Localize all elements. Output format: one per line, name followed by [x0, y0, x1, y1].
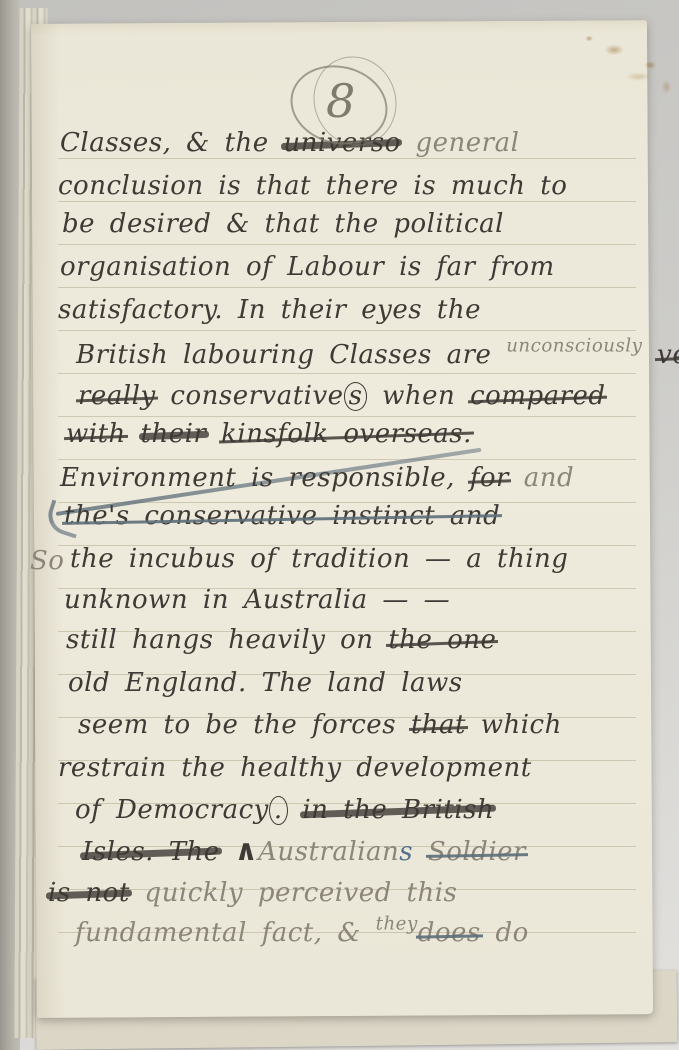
margin-note: So — [30, 546, 64, 576]
manuscript-line: organisation of Labour is far from — [60, 252, 555, 282]
manuscript-line: old England. The land laws — [68, 668, 463, 698]
manuscript-word: very — [657, 340, 679, 370]
manuscript-word: kinsfolk overseas. — [221, 419, 472, 449]
manuscript-word: general — [401, 128, 520, 158]
manuscript-word: the one — [388, 625, 496, 655]
manuscript-word: does — [418, 918, 481, 948]
manuscript-line: seem to be the forces that which — [78, 710, 562, 740]
insertion-caret: ∧ — [234, 833, 258, 867]
manuscript-line: really conservatives when compared — [78, 381, 606, 411]
manuscript-word: So — [30, 546, 64, 576]
manuscript-word: old England. The land laws — [68, 668, 463, 698]
manuscript-word: do — [481, 918, 529, 948]
manuscript-line: the's conservative instinct and — [64, 501, 500, 531]
manuscript-word: Classes, & the — [60, 128, 283, 158]
manuscript-line: Isles. The ∧Australians Soldier — [82, 835, 526, 867]
manuscript-line: of Democracy. in the British — [75, 795, 494, 825]
manuscript-word: of Democracy — [75, 795, 269, 825]
page-number-circled: 8 — [288, 56, 404, 152]
manuscript-line: unknown in Australia — — — [64, 585, 450, 615]
manuscript-word: be desired & that the political — [62, 209, 504, 239]
manuscript-word: . — [269, 796, 288, 825]
manuscript-word: conservative — [156, 381, 344, 411]
manuscript-line: the incubus of tradition — a thing — [70, 544, 568, 574]
manuscript-word: the incubus of tradition — a thing — [70, 544, 568, 574]
manuscript-word: which — [466, 710, 562, 740]
manuscript-word: still hangs heavily on — [66, 625, 388, 655]
manuscript-line: Environment is responsible, for and — [60, 463, 574, 493]
manuscript-word: conclusion is that there is much to — [58, 171, 567, 201]
manuscript-word: and — [509, 463, 574, 493]
manuscript-lines: Classes, & the universo generalconclusio… — [0, 0, 679, 1050]
manuscript-word — [642, 340, 657, 370]
manuscript-line: be desired & that the political — [62, 209, 504, 239]
manuscript-word — [413, 837, 428, 867]
manuscript-word: with — [66, 419, 126, 449]
manuscript-word: British labouring Classes are — [76, 340, 506, 370]
manuscript-word: their — [141, 419, 207, 449]
manuscript-word: organisation of Labour is far from — [60, 252, 555, 282]
manuscript-line: with their kinsfolk overseas. — [66, 419, 472, 449]
manuscript-word: unknown in Australia — — — [64, 585, 450, 615]
manuscript-word: restrain the healthy development — [58, 753, 532, 783]
manuscript-word: satisfactory. In their eyes the — [58, 295, 481, 325]
manuscript-word: quickly perceived this — [130, 878, 458, 908]
manuscript-word: Isles. The — [82, 837, 220, 867]
manuscript-word: the's conservative instinct and — [64, 501, 500, 531]
manuscript-word: really — [78, 381, 156, 411]
manuscript-line: restrain the healthy development — [58, 753, 532, 783]
manuscript-word — [220, 837, 235, 867]
manuscript-word: compared — [470, 381, 605, 411]
manuscript-line: conclusion is that there is much to — [58, 171, 567, 201]
manuscript-word: is not — [48, 878, 130, 908]
manuscript-word: when — [367, 381, 470, 411]
page-number: 8 — [326, 74, 355, 128]
manuscript-line: satisfactory. In their eyes the — [58, 295, 481, 325]
manuscript-word: that — [411, 710, 466, 740]
manuscript-line: is not quickly perceived this — [48, 878, 457, 908]
manuscript-word: Australian — [258, 837, 399, 867]
manuscript-word: fundamental fact, & — [75, 918, 376, 948]
manuscript-word: in the British — [302, 795, 494, 825]
manuscript-word: unconsciously — [506, 332, 642, 362]
manuscript-word: Soldier — [428, 837, 526, 867]
manuscript-line: still hangs heavily on the one — [66, 625, 496, 655]
manuscript-word: Environment is responsible, — [60, 463, 470, 493]
manuscript-word: for — [470, 463, 509, 493]
manuscript-word: s — [344, 382, 368, 411]
manuscript-word: they — [376, 910, 418, 940]
manuscript-word — [288, 795, 303, 825]
manuscript-word: seem to be the forces — [78, 710, 411, 740]
manuscript-line: fundamental fact, & theydoes do — [75, 918, 529, 951]
manuscript-line: British labouring Classes are unconsciou… — [76, 338, 679, 373]
manuscript-word: s — [399, 837, 413, 867]
